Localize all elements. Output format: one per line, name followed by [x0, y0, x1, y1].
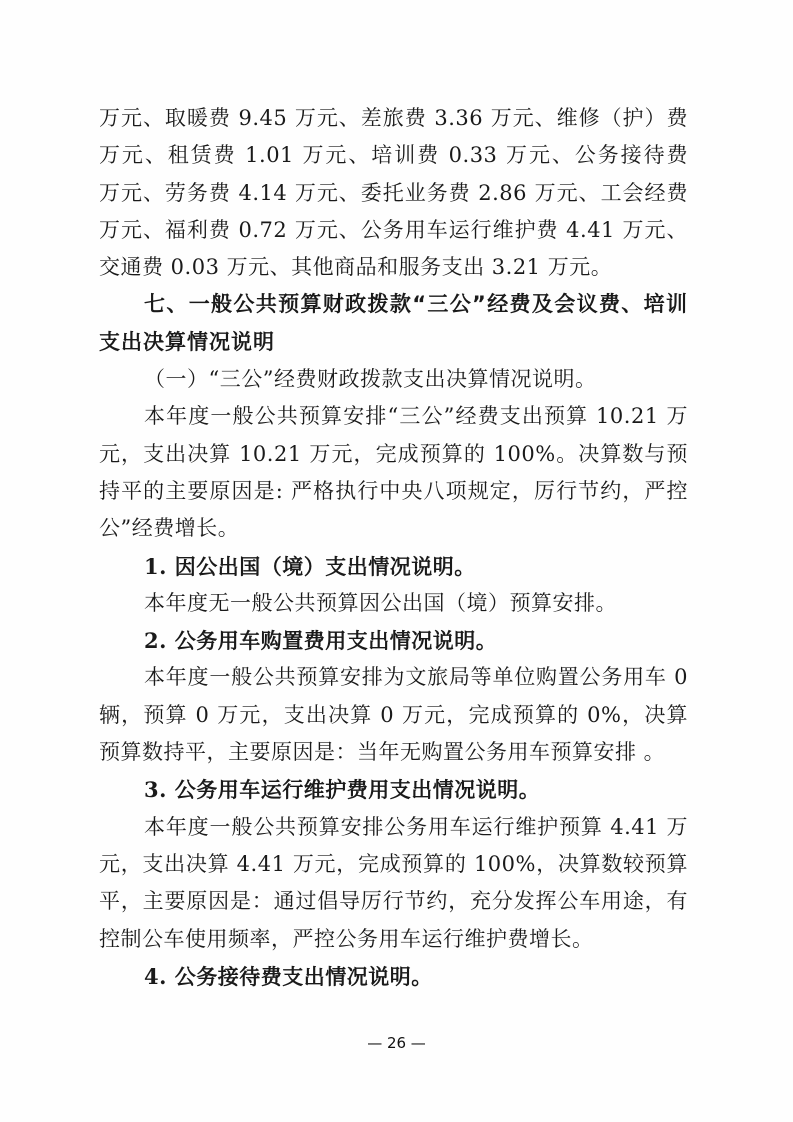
document-page: 万元、取暖费 9.45 万元、差旅费 3.36 万元、维修（护）费 32.66 …: [0, 0, 793, 1122]
numbered-item-heading: 3. 公务用车运行维护费用支出情况说明。: [99, 771, 688, 808]
body-line: 万元、福利费 0.72 万元、公务用车运行维护费 4.41 万元、其他: [99, 212, 688, 249]
numbered-item-heading: 2. 公务用车购置费用支出情况说明。: [99, 622, 688, 659]
body-line: 万元、取暖费 9.45 万元、差旅费 3.36 万元、维修（护）费 32.66: [99, 100, 688, 137]
section-heading-line: 支出决算情况说明: [99, 324, 688, 361]
body-line: 元，支出决算 10.21 万元，完成预算的 100%。决算数与预算数: [99, 436, 688, 473]
body-line: 公”经费增长。: [99, 510, 688, 547]
page-number: — 26 —: [367, 1034, 426, 1052]
body-line: 平，主要原因是：通过倡导厉行节约，充分发挥公车用途，有效: [99, 883, 688, 920]
page-footer: — 26 —: [0, 1034, 793, 1052]
body-line: 万元、租赁费 1.01 万元、培训费 0.33 万元、公务接待费 1.58: [99, 137, 688, 174]
numbered-item-heading: 1. 因公出国（境）支出情况说明。: [99, 548, 688, 585]
body-line: 辆，预算 0 万元，支出决算 0 万元，完成预算的 0%，决算数与: [99, 697, 688, 734]
section-heading-line: 七、一般公共预算财政拨款“三公”经费及会议费、培训费: [99, 286, 688, 323]
body-line: 持平的主要原因是: 严格执行中央八项规定，厉行节约，严控“三: [99, 473, 688, 510]
body-line: 控制公车使用频率，严控公务用车运行维护费增长。: [99, 921, 688, 958]
body-line: 本年度无一般公共预算因公出国（境）预算安排。: [99, 585, 688, 622]
body-line: 本年度一般公共预算安排为文旅局等单位购置公务用车 0: [99, 659, 688, 696]
body-line: 元，支出决算 4.41 万元，完成预算的 100%，决算数较预算数持: [99, 846, 688, 883]
document-body: 万元、取暖费 9.45 万元、差旅费 3.36 万元、维修（护）费 32.66 …: [99, 100, 688, 995]
numbered-item-heading: 4. 公务接待费支出情况说明。: [99, 958, 688, 995]
body-line: 本年度一般公共预算安排公务用车运行维护预算 4.41 万: [99, 809, 688, 846]
body-line: 交通费 0.03 万元、其他商品和服务支出 3.21 万元。: [99, 249, 688, 286]
body-line: 本年度一般公共预算安排“三公”经费支出预算 10.21 万: [99, 398, 688, 435]
body-line: 预算数持平，主要原因是：当年无购置公务用车预算安排 。: [99, 734, 688, 771]
subsection-heading-line: （一）“三公”经费财政拨款支出决算情况说明。: [99, 361, 688, 398]
body-line: 万元、劳务费 4.14 万元、委托业务费 2.86 万元、工会经费 6.74: [99, 175, 688, 212]
